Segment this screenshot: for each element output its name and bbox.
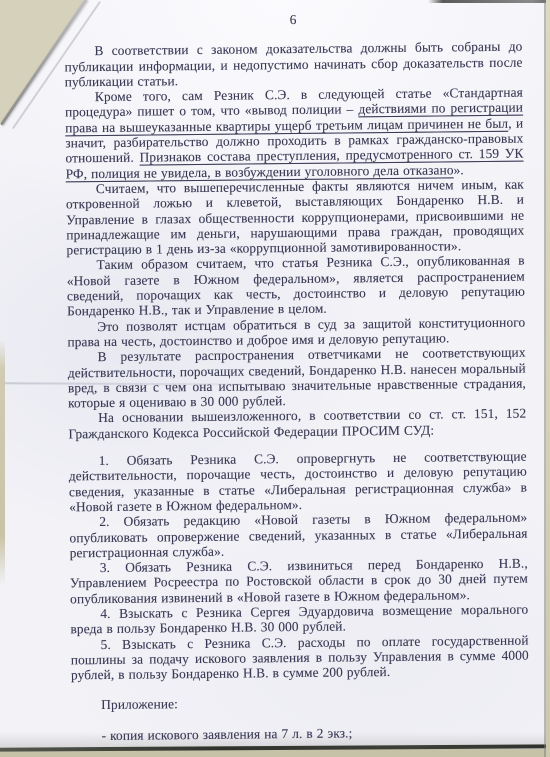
document-body: В соответствии с законом доказательства … xyxy=(64,39,529,744)
text-segment: ». xyxy=(454,162,464,177)
paragraph: Это позволят истцам обратиться в суд за … xyxy=(67,314,525,349)
paragraph: В соответствии с законом доказательства … xyxy=(64,39,522,90)
text-segment: На основании вышеизложенного, в соответс… xyxy=(68,406,526,441)
paragraph: Кроме того, сам Резник С.Э. в следующей … xyxy=(65,85,524,182)
text-segment: Приложение: xyxy=(101,697,178,713)
appendix-label: Приложение: xyxy=(71,693,529,713)
text-segment: 5. Взыскать с Резника С.Э. расходы по оп… xyxy=(71,632,529,682)
petition-item: 2. Обязать редакцию «Новой газеты в Южно… xyxy=(69,510,527,561)
text-segment: Таким образом считаем, что статья Резник… xyxy=(67,253,525,319)
petition-item: 3. Обязать Резника С.Э. извиниться перед… xyxy=(70,556,528,607)
text-segment: В результате распространения ответчиками… xyxy=(68,345,526,411)
text-segment: - копия искового заявления на 7 л. в 2 э… xyxy=(101,725,352,743)
paragraph: На основании вышеизложенного, в соответс… xyxy=(68,406,526,441)
right-edge-backdrop xyxy=(546,0,550,757)
scanned-document: 6 В соответствии с законом доказательств… xyxy=(0,0,550,757)
text-segment: 3. Обязать Резника С.Э. извиниться перед… xyxy=(70,556,528,606)
text-segment: Это позволят истцам обратиться в суд за … xyxy=(67,314,525,349)
paragraph: Считаем, что вышеперечисленные факты явл… xyxy=(66,177,525,258)
petition-item: 4. Взыскать с Резника Сергея Эдуардовича… xyxy=(70,602,528,637)
paragraph: В результате распространения ответчиками… xyxy=(68,345,527,411)
left-edge-backdrop xyxy=(0,340,5,585)
text-segment: Считаем, что вышеперечисленные факты явл… xyxy=(66,177,524,258)
text-segment: 4. Взыскать с Резника Сергея Эдуардовича… xyxy=(70,602,528,637)
text-segment: В соответствии с законом доказательства … xyxy=(64,39,522,89)
petition-item: 5. Взыскать с Резника С.Э. расходы по оп… xyxy=(71,632,529,683)
petition-item: 1. Обязать Резника С.Э. опровергнуть не … xyxy=(69,449,528,515)
text-segment: 1. Обязать Резника С.Э. опровергнуть не … xyxy=(69,449,527,515)
document-text: 6 В соответствии с законом доказательств… xyxy=(64,10,530,744)
text-segment: 2. Обязать редакцию «Новой газеты в Южно… xyxy=(69,510,527,560)
top-edge-shadow xyxy=(428,0,550,3)
paragraph: Таким образом считаем, что статья Резник… xyxy=(67,253,526,319)
